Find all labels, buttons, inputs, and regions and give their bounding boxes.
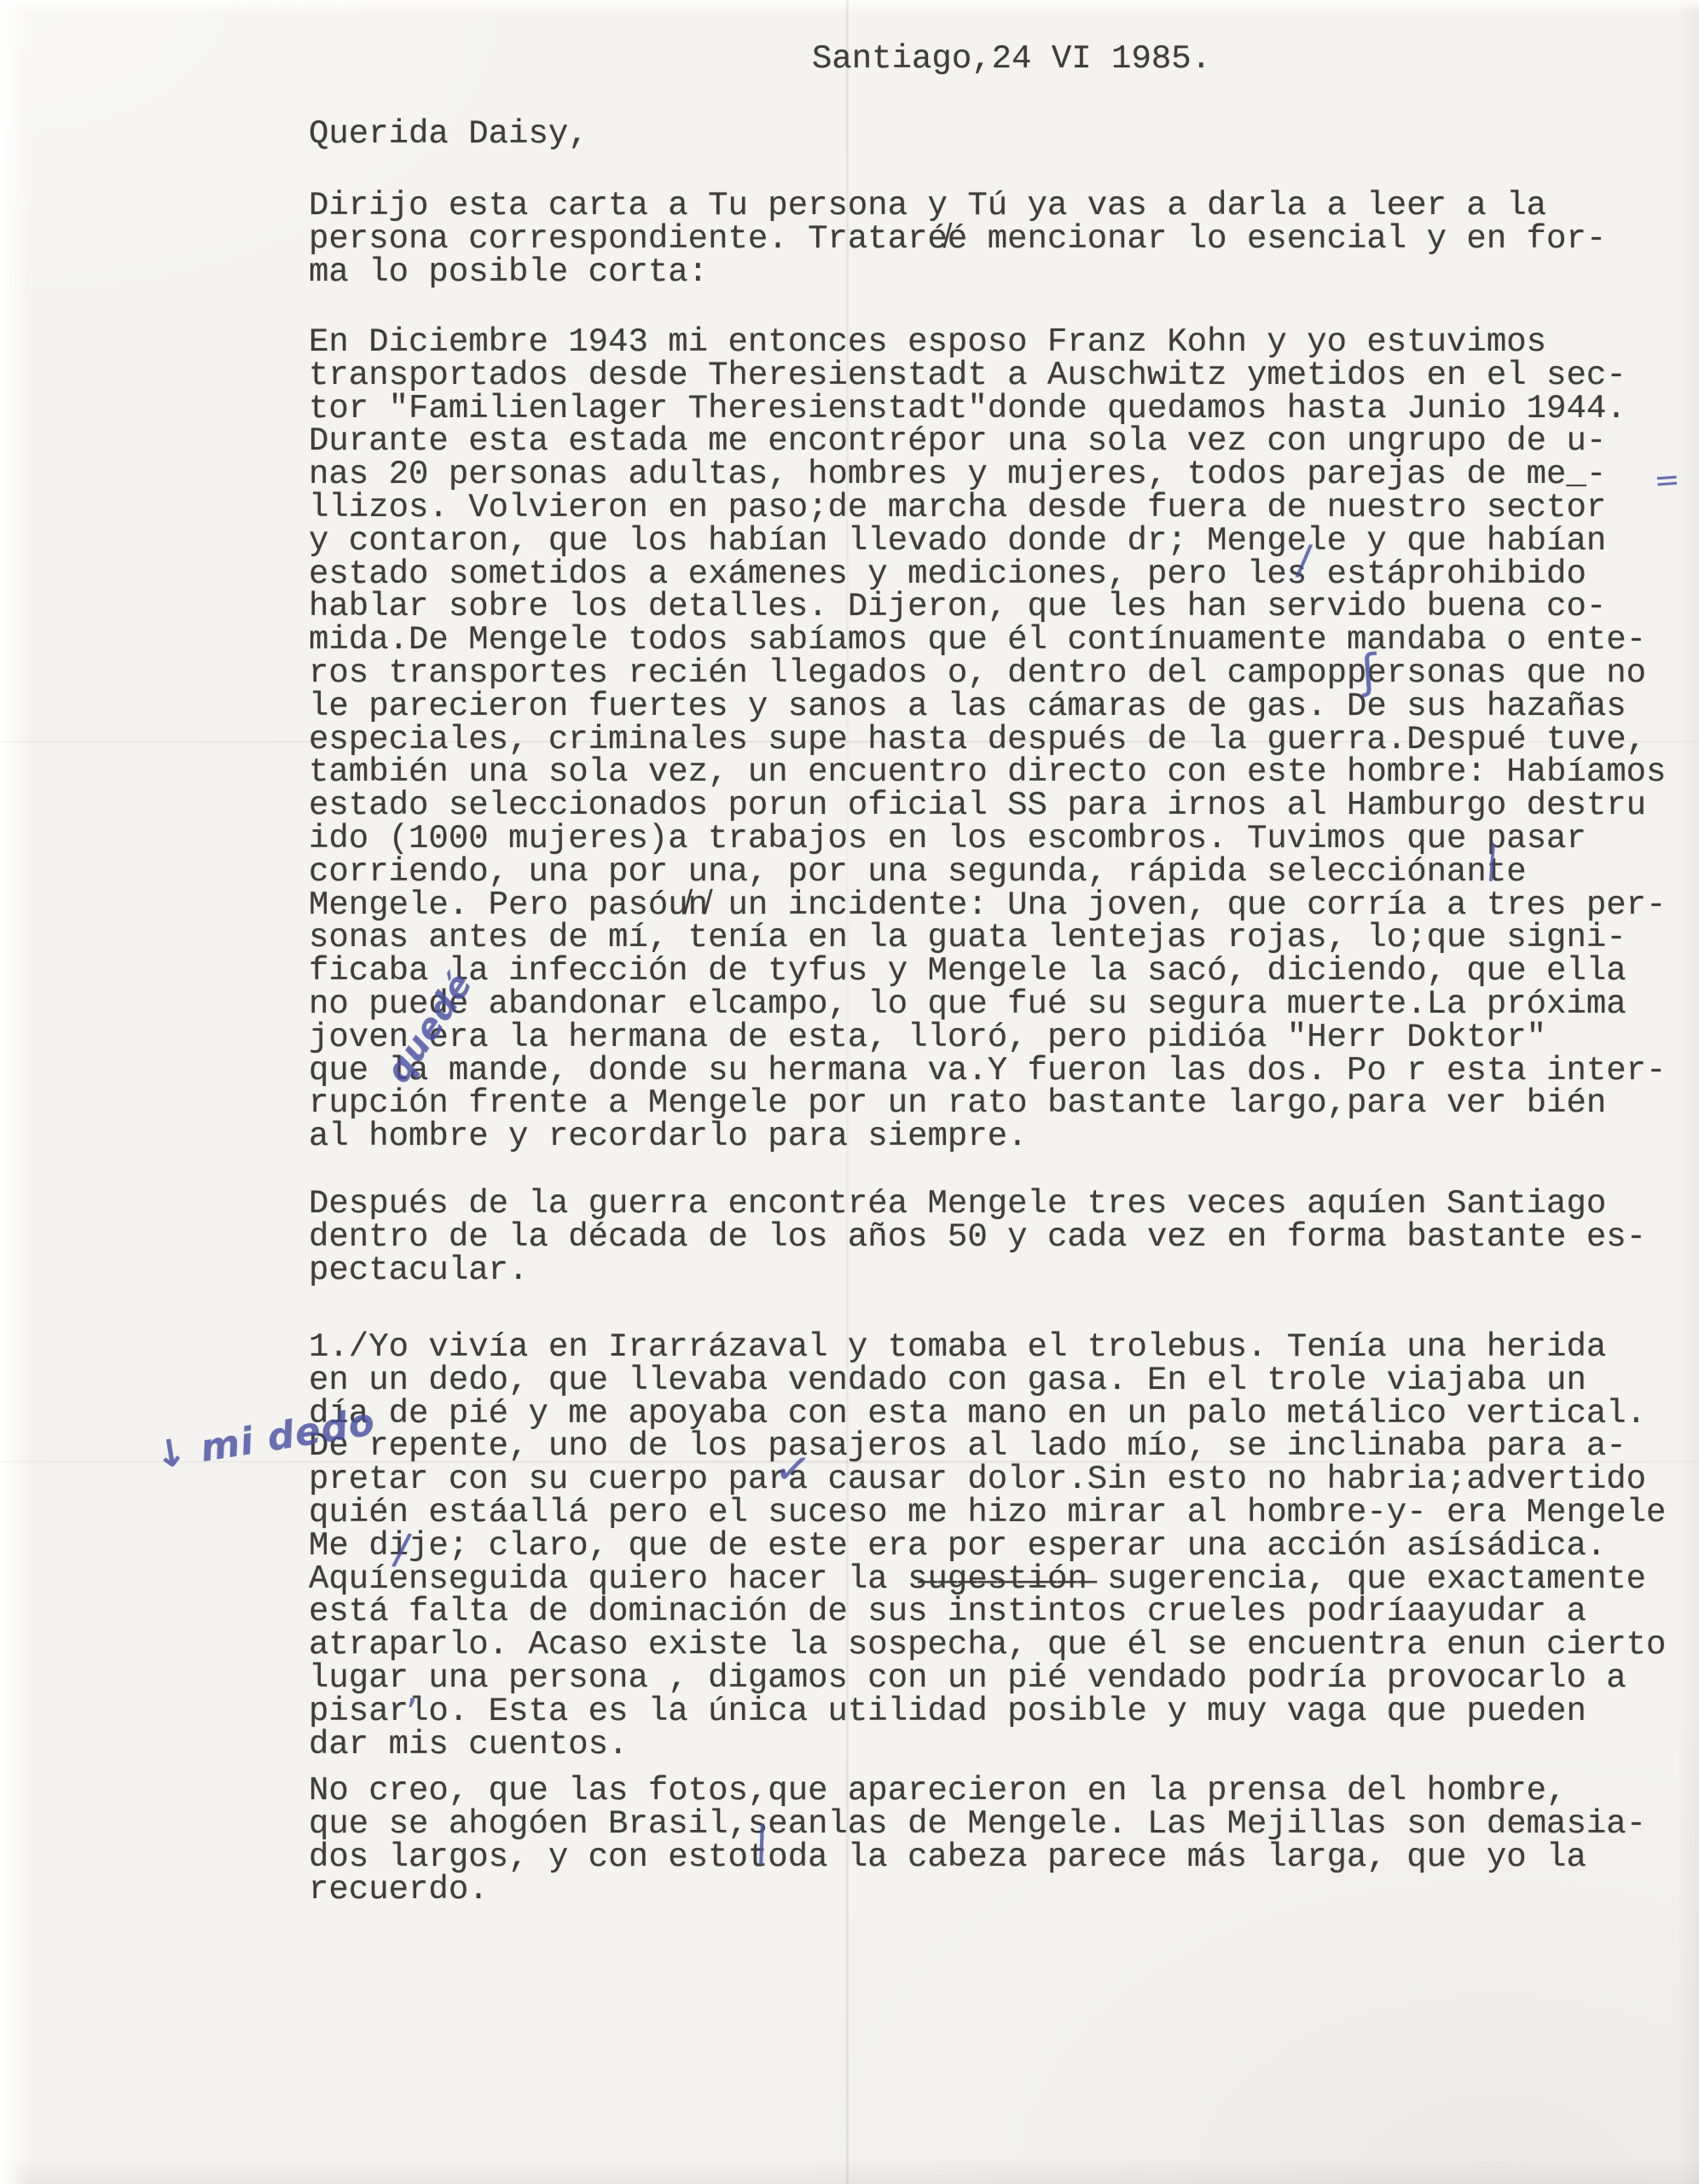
handwritten-stroke-esto-toda: |	[754, 1817, 769, 1866]
handwritten-comma-under-lugar: ,	[406, 1669, 418, 1712]
date-line: Santiago,24 VI 1985.	[812, 43, 1211, 76]
paragraph-intro: Dirijo esta carta a Tu persona y Tú ya v…	[309, 189, 1606, 288]
handwritten-dash-after-me: =	[1653, 462, 1681, 499]
scanned-letter-page: Santiago,24 VI 1985. Querida Daisy, Diri…	[0, 0, 1699, 2184]
paragraph-postwar: Después de la guerra encontréa Mengele t…	[309, 1188, 1646, 1287]
handwritten-caret-after-cuerpo: ✓	[771, 1442, 815, 1497]
salutation: Querida Daisy,	[309, 118, 589, 151]
paragraph-encounter-1: 1./Yo vivía en Irarrázaval y tomaba el t…	[309, 1331, 1666, 1761]
paragraph-photos: No creo, que las fotos,que aparecieron e…	[309, 1774, 1646, 1907]
paragraph-camp-story: En Diciembre 1943 mi entonces esposo Fra…	[309, 326, 1666, 1153]
